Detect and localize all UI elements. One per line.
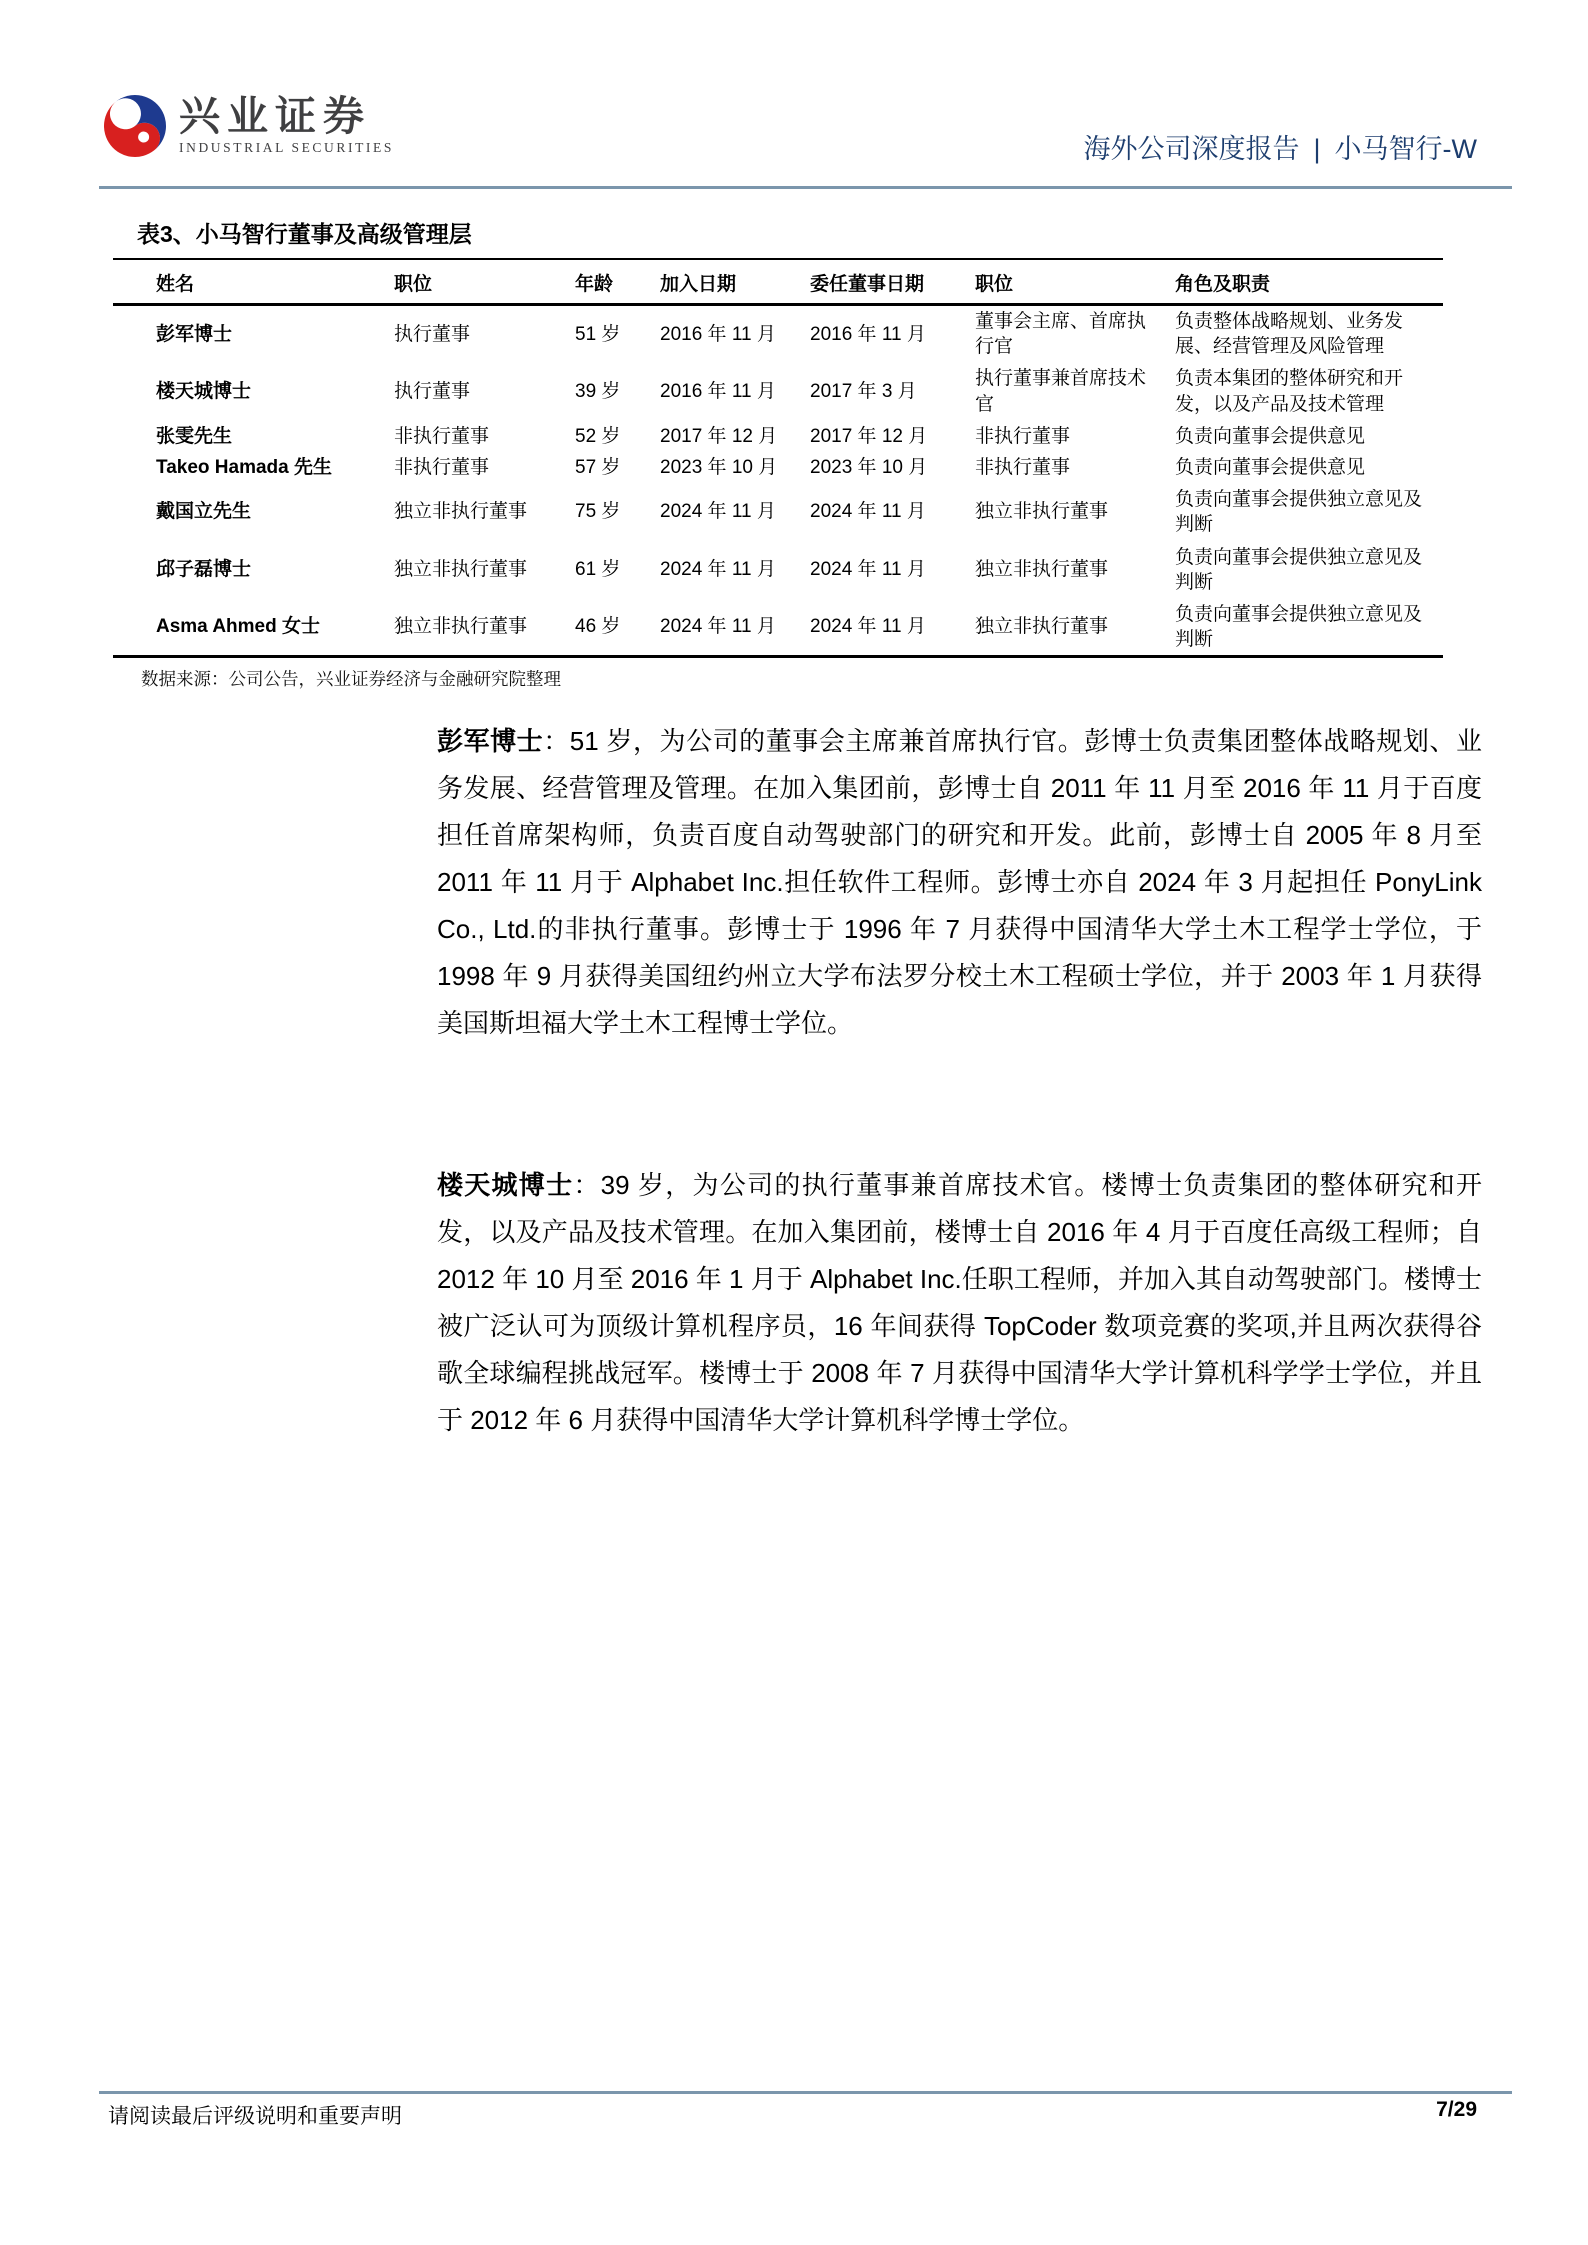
cell-appoint-date: 2017 年 12 月 bbox=[810, 421, 975, 452]
cell-title: 非执行董事 bbox=[975, 452, 1175, 483]
column-header-roles: 角色及职责 bbox=[1175, 259, 1443, 305]
table-row: 楼天城博士 执行董事 39 岁 2016 年 11 月 2017 年 3 月 执… bbox=[113, 363, 1443, 421]
cell-age: 75 岁 bbox=[575, 483, 660, 541]
column-header-name: 姓名 bbox=[113, 259, 394, 305]
report-type: 海外公司深度报告 bbox=[1084, 134, 1300, 164]
cell-name: Takeo Hamada 先生 bbox=[113, 452, 394, 483]
management-table-section: 表3、小马智行董事及高级管理层 姓名 职位 年龄 加入日期 委任董事日期 职位 … bbox=[113, 216, 1443, 691]
cell-position: 独立非执行董事 bbox=[394, 541, 575, 599]
logo-name-en: INDUSTRIAL SECURITIES bbox=[179, 140, 394, 156]
cell-name: 彭军博士 bbox=[113, 305, 394, 363]
header-separator: | bbox=[1314, 134, 1321, 164]
cell-title: 独立非执行董事 bbox=[975, 599, 1175, 657]
cell-position: 非执行董事 bbox=[394, 421, 575, 452]
cell-roles: 负责向董事会提供独立意见及判断 bbox=[1175, 599, 1443, 657]
cell-join-date: 2023 年 10 月 bbox=[660, 452, 810, 483]
cell-roles: 负责向董事会提供独立意见及判断 bbox=[1175, 541, 1443, 599]
bio-lead-name: 彭军博士 bbox=[437, 726, 543, 756]
cell-age: 39 岁 bbox=[575, 363, 660, 421]
cell-join-date: 2024 年 11 月 bbox=[660, 541, 810, 599]
page-number: 7/29 bbox=[1436, 2098, 1477, 2122]
cell-name: 张雯先生 bbox=[113, 421, 394, 452]
cell-appoint-date: 2024 年 11 月 bbox=[810, 541, 975, 599]
column-header-title: 职位 bbox=[975, 259, 1175, 305]
cell-appoint-date: 2016 年 11 月 bbox=[810, 305, 975, 363]
cell-join-date: 2016 年 11 月 bbox=[660, 305, 810, 363]
table-row: 戴国立先生 独立非执行董事 75 岁 2024 年 11 月 2024 年 11… bbox=[113, 483, 1443, 541]
cell-position: 独立非执行董事 bbox=[394, 483, 575, 541]
column-header-join-date: 加入日期 bbox=[660, 259, 810, 305]
cell-roles: 负责向董事会提供意见 bbox=[1175, 452, 1443, 483]
cell-position: 非执行董事 bbox=[394, 452, 575, 483]
header-divider bbox=[99, 186, 1512, 189]
industrial-securities-swirl-icon bbox=[103, 94, 167, 158]
cell-title: 独立非执行董事 bbox=[975, 541, 1175, 599]
logo-name-cn: 兴业证券 bbox=[179, 94, 394, 138]
cell-position: 独立非执行董事 bbox=[394, 599, 575, 657]
cell-name: Asma Ahmed 女士 bbox=[113, 599, 394, 657]
cell-title: 执行董事兼首席技术官 bbox=[975, 363, 1175, 421]
column-header-appoint-date: 委任董事日期 bbox=[810, 259, 975, 305]
cell-roles: 负责整体战略规划、业务发展、经营管理及风险管理 bbox=[1175, 305, 1443, 363]
cell-join-date: 2016 年 11 月 bbox=[660, 363, 810, 421]
cell-roles: 负责向董事会提供意见 bbox=[1175, 421, 1443, 452]
table-source-note: 数据来源：公司公告，兴业证券经济与金融研究院整理 bbox=[113, 666, 1443, 691]
cell-age: 51 岁 bbox=[575, 305, 660, 363]
table-title: 表3、小马智行董事及高级管理层 bbox=[113, 216, 1443, 249]
cell-age: 57 岁 bbox=[575, 452, 660, 483]
report-company: 小马智行-W bbox=[1335, 134, 1477, 164]
cell-position: 执行董事 bbox=[394, 363, 575, 421]
column-header-position: 职位 bbox=[394, 259, 575, 305]
cell-roles: 负责向董事会提供独立意见及判断 bbox=[1175, 483, 1443, 541]
cell-appoint-date: 2024 年 11 月 bbox=[810, 483, 975, 541]
bio-text: ：39 岁，为公司的执行董事兼首席技术官。楼博士负责集团的整体研究和开发，以及产… bbox=[437, 1170, 1482, 1435]
report-header: 海外公司深度报告|小马智行-W bbox=[1084, 127, 1478, 166]
cell-join-date: 2024 年 11 月 bbox=[660, 599, 810, 657]
table-row: Takeo Hamada 先生 非执行董事 57 岁 2023 年 10 月 2… bbox=[113, 452, 1443, 483]
table-row: Asma Ahmed 女士 独立非执行董事 46 岁 2024 年 11 月 2… bbox=[113, 599, 1443, 657]
cell-join-date: 2017 年 12 月 bbox=[660, 421, 810, 452]
management-table: 姓名 职位 年龄 加入日期 委任董事日期 职位 角色及职责 彭军博士 执行董事 … bbox=[113, 258, 1443, 658]
cell-age: 61 岁 bbox=[575, 541, 660, 599]
cell-name: 戴国立先生 bbox=[113, 483, 394, 541]
cell-title: 独立非执行董事 bbox=[975, 483, 1175, 541]
bio-lead-name: 楼天城博士 bbox=[437, 1170, 573, 1200]
cell-title: 非执行董事 bbox=[975, 421, 1175, 452]
cell-appoint-date: 2023 年 10 月 bbox=[810, 452, 975, 483]
cell-title: 董事会主席、首席执行官 bbox=[975, 305, 1175, 363]
bio-paragraph-pengjun: 彭军博士：51 岁，为公司的董事会主席兼首席执行官。彭博士负责集团整体战略规划、… bbox=[437, 718, 1482, 1047]
table-row: 张雯先生 非执行董事 52 岁 2017 年 12 月 2017 年 12 月 … bbox=[113, 421, 1443, 452]
bio-paragraph-loutiancheng: 楼天城博士：39 岁，为公司的执行董事兼首席技术官。楼博士负责集团的整体研究和开… bbox=[437, 1162, 1482, 1444]
bio-text: ：51 岁，为公司的董事会主席兼首席执行官。彭博士负责集团整体战略规划、业务发展… bbox=[437, 726, 1482, 1038]
company-logo: 兴业证券 INDUSTRIAL SECURITIES bbox=[103, 94, 394, 158]
cell-appoint-date: 2024 年 11 月 bbox=[810, 599, 975, 657]
cell-join-date: 2024 年 11 月 bbox=[660, 483, 810, 541]
table-row: 邱子磊博士 独立非执行董事 61 岁 2024 年 11 月 2024 年 11… bbox=[113, 541, 1443, 599]
footer-divider bbox=[99, 2091, 1512, 2094]
logo-text: 兴业证券 INDUSTRIAL SECURITIES bbox=[179, 94, 394, 156]
cell-roles: 负责本集团的整体研究和开发，以及产品及技术管理 bbox=[1175, 363, 1443, 421]
cell-name: 楼天城博士 bbox=[113, 363, 394, 421]
cell-position: 执行董事 bbox=[394, 305, 575, 363]
table-header-row: 姓名 职位 年龄 加入日期 委任董事日期 职位 角色及职责 bbox=[113, 259, 1443, 305]
cell-name: 邱子磊博士 bbox=[113, 541, 394, 599]
footer-disclaimer: 请阅读最后评级说明和重要声明 bbox=[108, 2100, 402, 2130]
column-header-age: 年龄 bbox=[575, 259, 660, 305]
cell-age: 46 岁 bbox=[575, 599, 660, 657]
cell-appoint-date: 2017 年 3 月 bbox=[810, 363, 975, 421]
table-row: 彭军博士 执行董事 51 岁 2016 年 11 月 2016 年 11 月 董… bbox=[113, 305, 1443, 363]
cell-age: 52 岁 bbox=[575, 421, 660, 452]
